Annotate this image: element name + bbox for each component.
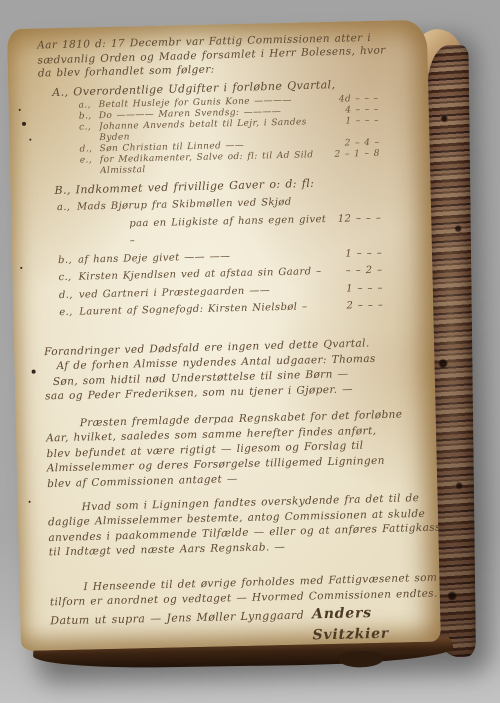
item-amount: – – 2 – (338, 262, 383, 281)
photo-scene: Aar 1810 d: 17 Decembr var Fattig Commis… (0, 0, 500, 703)
accounts-paragraph: Præsten fremlagde derpaa Regnskabet for … (46, 408, 388, 491)
manuscript-book: Aar 1810 d: 17 Decembr var Fattig Commis… (0, 11, 479, 671)
item-marker: d., (59, 286, 79, 304)
item-marker: a., (57, 199, 77, 217)
surplus-paragraph: Hvad som i Ligningen fandtes overskydend… (48, 492, 389, 560)
signature-row: Datum ut supra — Jens Møller Lynggaard A… (50, 602, 391, 651)
datum-line: Datum ut supra — Jens Møller Lynggaard (50, 604, 304, 631)
item-amount: 2 – – – (338, 297, 383, 316)
signature-anders-svitzkier: Anders Svitzkier (312, 602, 391, 646)
item-text: paa en Liigkiste af hans egen givet – (77, 210, 330, 251)
section-a-items: a., Betalt Husleje for Gunis Kone ———— 4… (39, 94, 381, 179)
item-marker: b., (79, 111, 99, 122)
item-amount: 1 – – – (337, 116, 379, 128)
item-marker: a., (79, 100, 99, 111)
opening-paragraph: Aar 1810 d: 17 Decembr var Fattig Commis… (37, 31, 378, 81)
item-amount: 1 – – – (338, 279, 383, 298)
item-marker: c., (79, 122, 99, 133)
item-marker: c., (58, 269, 78, 287)
item-text: for Medikamenter, Salve od: fl: til Ad S… (100, 150, 327, 177)
item-amount: 2 – 1 – 8 (326, 149, 379, 161)
manuscript-page: Aar 1810 d: 17 Decembr var Fattig Commis… (7, 20, 441, 651)
changes-paragraph: Forandringer ved Dødsfald ere ingen ved … (44, 336, 385, 404)
handwritten-content: Aar 1810 d: 17 Decembr var Fattig Commis… (37, 31, 391, 639)
ink-specks (19, 109, 21, 111)
item-amount: 1 – – – (337, 244, 382, 263)
item-marker: d., (80, 144, 100, 155)
item-marker: e., (59, 304, 79, 322)
item-marker: b., (58, 251, 78, 269)
item-marker: e., (80, 155, 100, 166)
section-b-items: a., Mads Bjørup fra Skibmøllen ved Skjød… (41, 192, 384, 322)
item-amount: 12 – – – (330, 209, 382, 228)
